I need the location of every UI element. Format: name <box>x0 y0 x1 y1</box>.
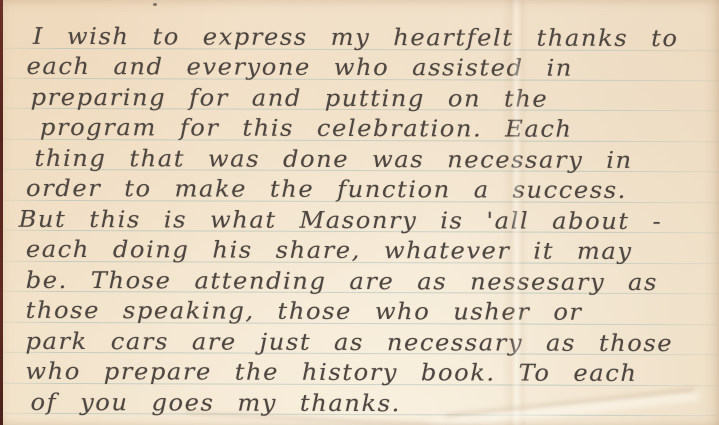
handwritten-line: be. Those attending are as nessesary as <box>26 266 719 299</box>
handwritten-line: But this is what Masonry is 'all about - <box>19 205 719 238</box>
handwritten-line: program for this celebration. Each <box>40 113 719 146</box>
handwritten-line: order to make the function a success. <box>26 174 719 207</box>
handwritten-line: preparing for and putting on the <box>31 83 719 116</box>
handwritten-line: I wish to express my heartfelt thanks to <box>33 22 719 55</box>
sheet-content: I wish to express my heartfelt thanks to… <box>0 0 719 425</box>
handwritten-line: each and everyone who assisted in <box>26 52 719 85</box>
ink-speck <box>153 3 157 6</box>
handwritten-line: who prepare the history book. To each <box>25 357 719 390</box>
handwritten-note-paper: I wish to express my heartfelt thanks to… <box>0 0 719 425</box>
handwritten-line: those speaking, those who usher or <box>26 296 719 329</box>
handwritten-line: thing that was done was necessary in <box>35 144 719 177</box>
handwritten-line: park cars are just as necessary as those <box>25 327 719 360</box>
handwritten-line: each doing his share, whatever it may <box>26 235 719 268</box>
ruled-lines-layer <box>1 0 719 1</box>
handwriting-lines: I wish to express my heartfelt thanks to… <box>25 22 719 421</box>
scan-left-edge <box>0 0 3 425</box>
